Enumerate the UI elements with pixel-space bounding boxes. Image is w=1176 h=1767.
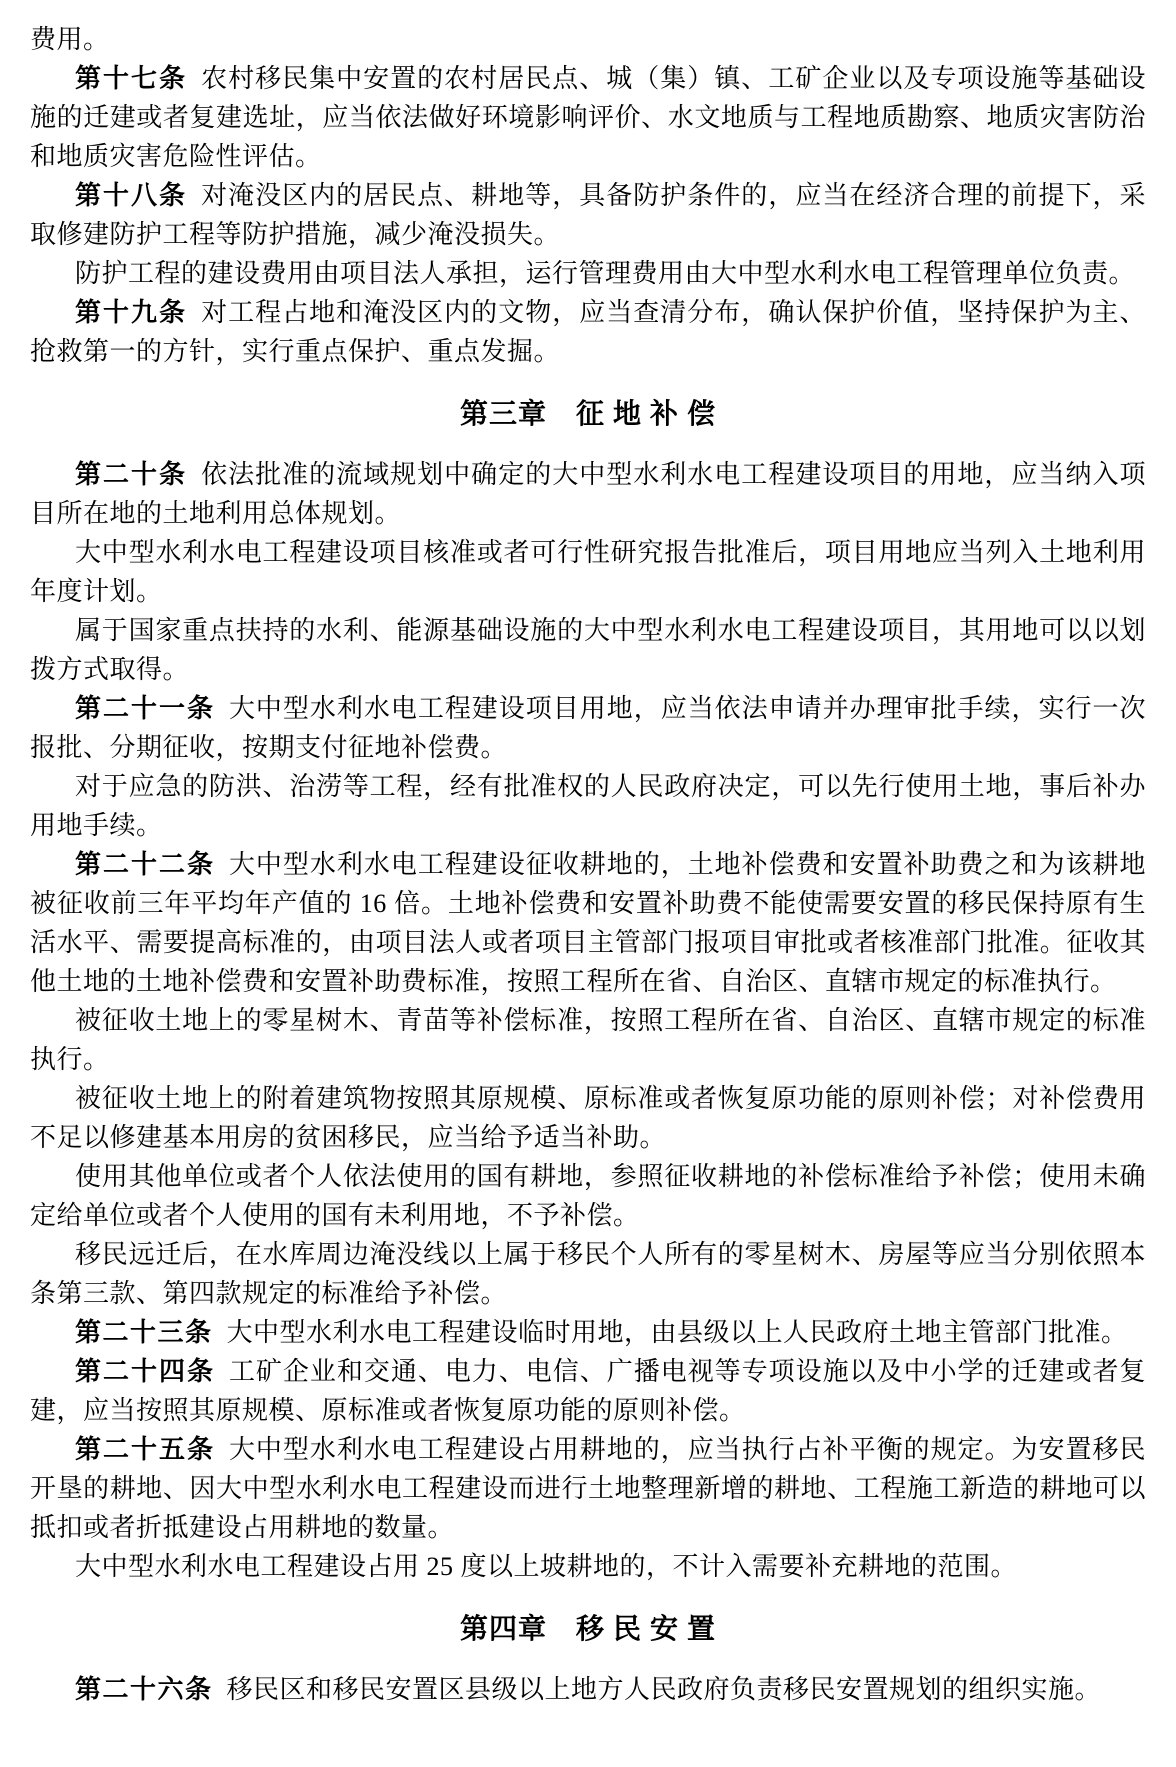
article-text: 对淹没区内的居民点、耕地等，具备防护条件的，应当在经济合理的前提下，采取修建防护… (30, 181, 1146, 249)
paragraph: 防护工程的建设费用由项目法人承担，运行管理费用由大中型水利水电工程管理单位负责。 (30, 254, 1146, 293)
article-text: 依法批准的流域规划中确定的大中型水利水电工程建设项目的用地，应当纳入项目所在地的… (30, 460, 1146, 528)
paragraph: 使用其他单位或者个人依法使用的国有耕地，参照征收耕地的补偿标准给予补偿；使用未确… (30, 1157, 1146, 1235)
article-paragraph: 第二十六条移民区和移民安置区县级以上地方人民政府负责移民安置规划的组织实施。 (30, 1670, 1146, 1709)
article-paragraph: 第二十条依法批准的流域规划中确定的大中型水利水电工程建设项目的用地，应当纳入项目… (30, 455, 1146, 533)
article-paragraph: 第十九条对工程占地和淹没区内的文物，应当查清分布，确认保护价值，坚持保护为主、抢… (30, 293, 1146, 371)
paragraph: 大中型水利水电工程建设占用 25 度以上坡耕地的，不计入需要补充耕地的范围。 (30, 1547, 1146, 1586)
article-paragraph: 第十八条对淹没区内的居民点、耕地等，具备防护条件的，应当在经济合理的前提下，采取… (30, 176, 1146, 254)
article-text: 移民区和移民安置区县级以上地方人民政府负责移民安置规划的组织实施。 (227, 1675, 1102, 1704)
paragraph: 属于国家重点扶持的水利、能源基础设施的大中型水利水电工程建设项目，其用地可以以划… (30, 611, 1146, 689)
article-number: 第十七条 (75, 64, 187, 93)
document-page: 费用。第十七条农村移民集中安置的农村居民点、城（集）镇、工矿企业以及专项设施等基… (0, 0, 1176, 1767)
article-number: 第二十三条 (75, 1318, 213, 1347)
paragraph: 大中型水利水电工程建设项目核准或者可行性研究报告批准后，项目用地应当列入土地利用… (30, 533, 1146, 611)
article-number: 第二十二条 (75, 850, 215, 879)
article-number: 第二十四条 (75, 1357, 215, 1386)
chapter-heading: 第四章 移 民 安 置 (30, 1610, 1146, 1649)
article-number: 第二十六条 (75, 1675, 213, 1704)
article-text: 大中型水利水电工程建设临时用地，由县级以上人民政府土地主管部门批准。 (227, 1318, 1128, 1347)
article-number: 第十九条 (75, 298, 187, 327)
article-paragraph: 第二十一条大中型水利水电工程建设项目用地，应当依法申请并办理审批手续，实行一次报… (30, 689, 1146, 767)
paragraph: 被征收土地上的零星树木、青苗等补偿标准，按照工程所在省、自治区、直辖市规定的标准… (30, 1001, 1146, 1079)
article-paragraph: 第十七条农村移民集中安置的农村居民点、城（集）镇、工矿企业以及专项设施等基础设施… (30, 59, 1146, 176)
article-number: 第十八条 (75, 181, 187, 210)
paragraph: 被征收土地上的附着建筑物按照其原规模、原标准或者恢复原功能的原则补偿；对补偿费用… (30, 1079, 1146, 1157)
article-paragraph: 第二十四条工矿企业和交通、电力、电信、广播电视等专项设施以及中小学的迁建或者复建… (30, 1352, 1146, 1430)
article-paragraph: 第二十五条大中型水利水电工程建设占用耕地的，应当执行占补平衡的规定。为安置移民开… (30, 1430, 1146, 1547)
article-paragraph: 第二十三条大中型水利水电工程建设临时用地，由县级以上人民政府土地主管部门批准。 (30, 1313, 1146, 1352)
article-number: 第二十一条 (75, 694, 215, 723)
article-paragraph: 第二十二条大中型水利水电工程建设征收耕地的，土地补偿费和安置补助费之和为该耕地被… (30, 845, 1146, 1001)
article-text: 对工程占地和淹没区内的文物，应当查清分布，确认保护价值，坚持保护为主、抢救第一的… (30, 298, 1146, 366)
article-text: 农村移民集中安置的农村居民点、城（集）镇、工矿企业以及专项设施等基础设施的迁建或… (30, 64, 1146, 171)
article-number: 第二十五条 (75, 1435, 215, 1464)
chapter-heading: 第三章 征 地 补 偿 (30, 395, 1146, 434)
paragraph: 对于应急的防洪、治涝等工程，经有批准权的人民政府决定，可以先行使用土地，事后补办… (30, 767, 1146, 845)
paragraph: 移民远迁后，在水库周边淹没线以上属于移民个人所有的零星树木、房屋等应当分别依照本… (30, 1235, 1146, 1313)
continuation-paragraph: 费用。 (30, 20, 1146, 59)
article-number: 第二十条 (75, 460, 187, 489)
